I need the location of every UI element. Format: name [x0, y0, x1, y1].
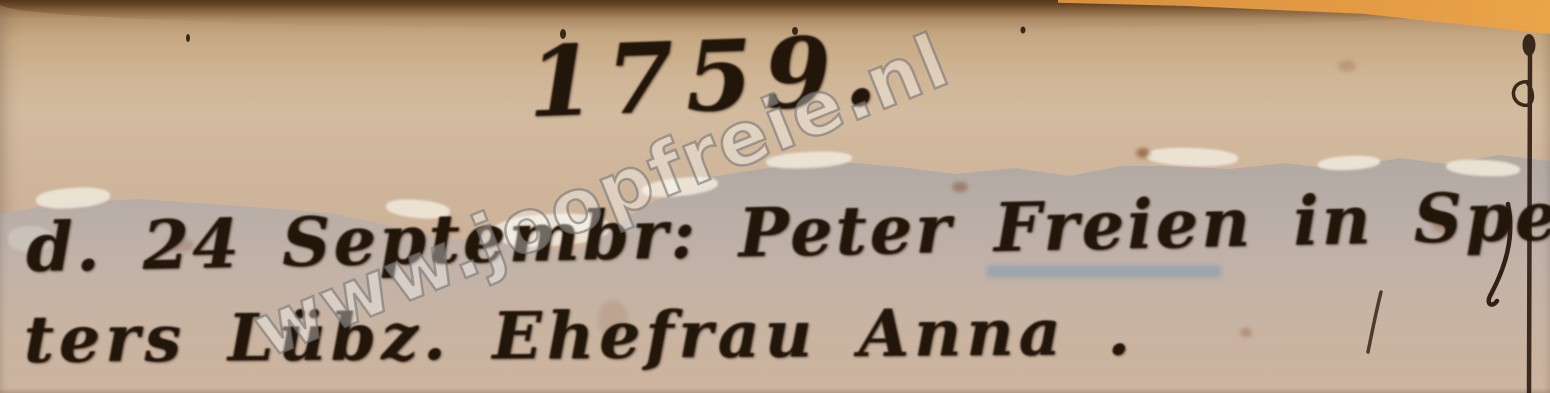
stray-stroke — [1368, 292, 1381, 352]
entry-line-2: ters Lübz. Ehefrau Anna . — [24, 294, 1136, 378]
manuscript-photo: 1759. d. 24 Septembr: Peter Freien in Sp… — [0, 0, 1550, 393]
